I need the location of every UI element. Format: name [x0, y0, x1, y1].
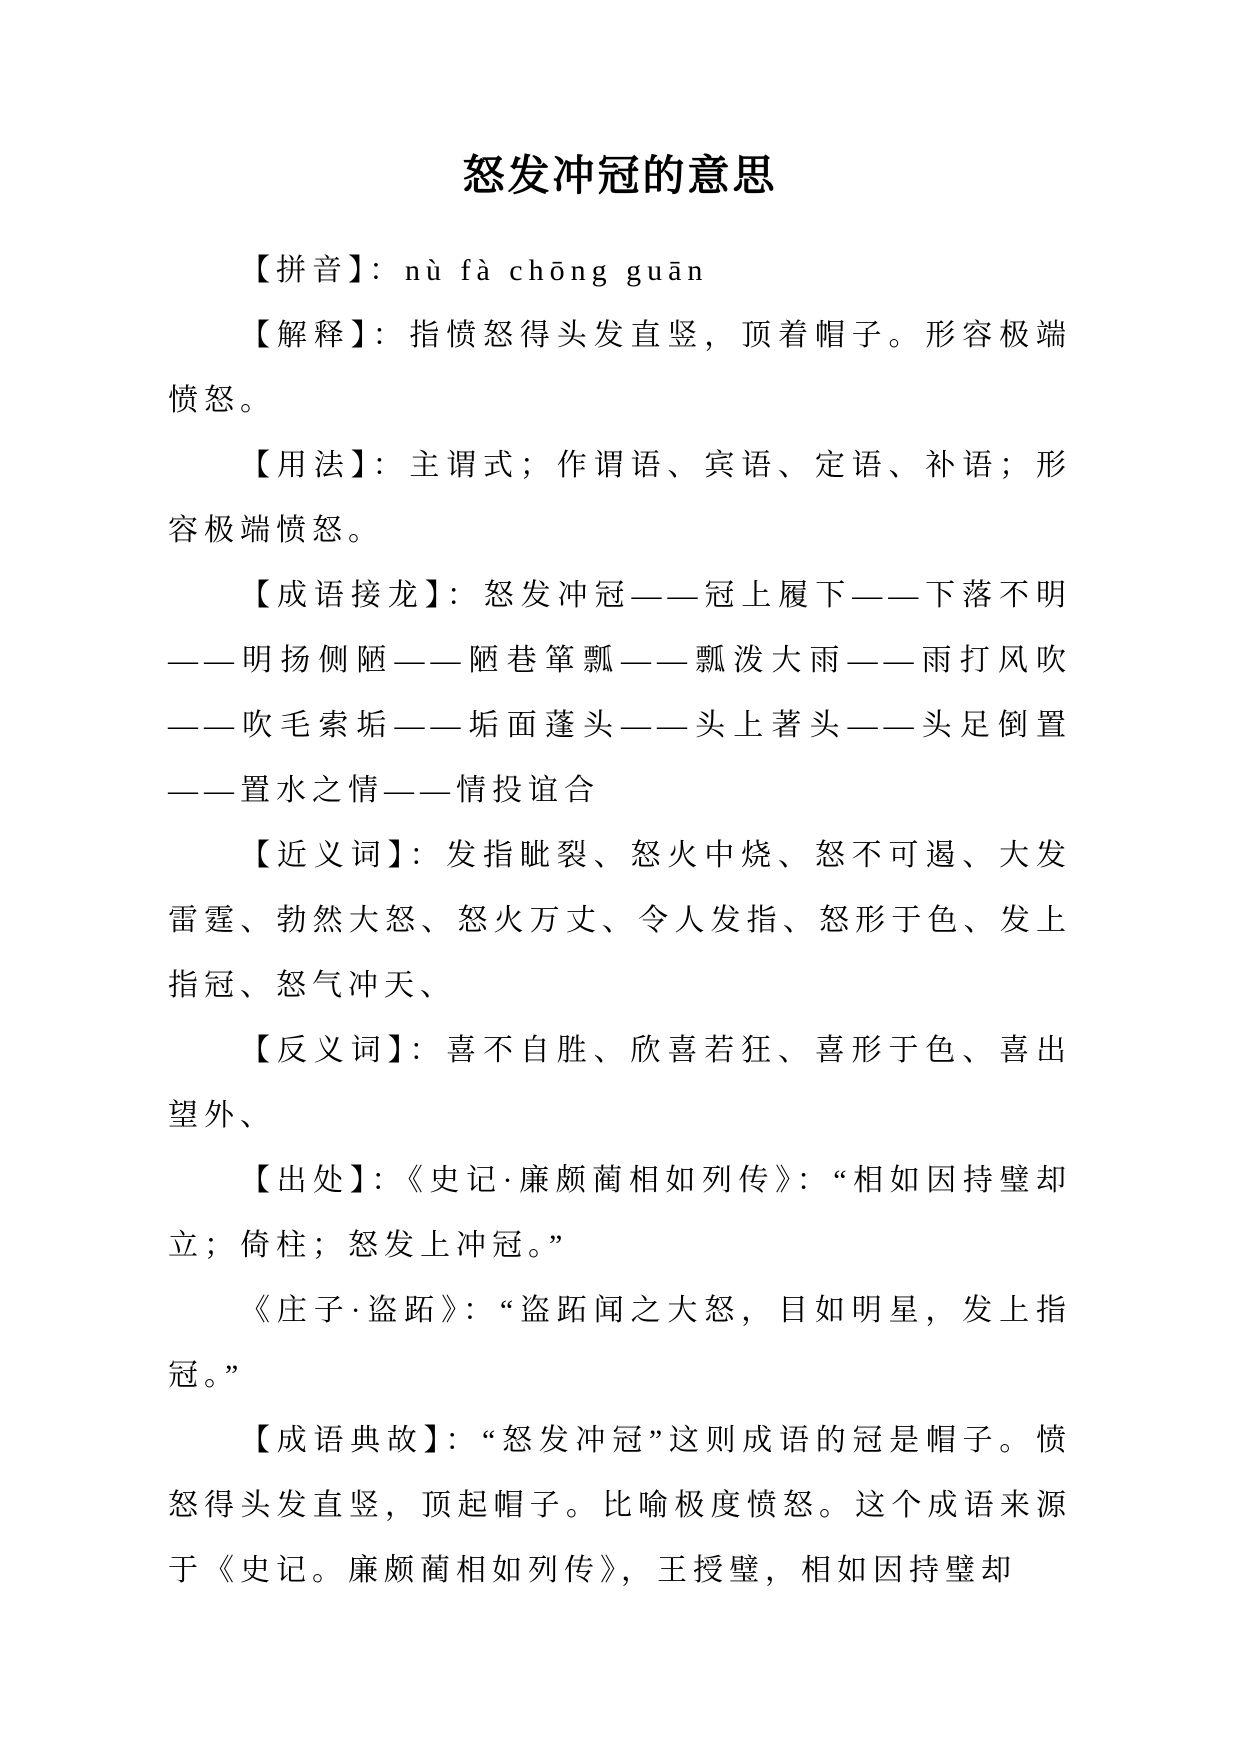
- paragraph-idiom-chain: 【成语接龙】：怒发冲冠——冠上履下——下落不明——明扬侧陋——陋巷箪瓢——瓢泼大…: [168, 563, 1072, 823]
- document-page: 怒发冲冠的意思 【拼音】：nù fà chōng guān 【解释】：指愤怒得头…: [0, 0, 1240, 1753]
- paragraph-allusion: 【成语典故】：“怒发冲冠”这则成语的冠是帽子。愤怒得头发直竖，顶起帽子。比喻极度…: [168, 1408, 1072, 1603]
- paragraph-synonyms: 【近义词】：发指眦裂、怒火中烧、怒不可遏、大发雷霆、勃然大怒、怒火万丈、令人发指…: [168, 823, 1072, 1018]
- paragraph-source-zhuangzi: 《庄子·盗跖》：“盗跖闻之大怒，目如明星，发上指冠。”: [168, 1278, 1072, 1408]
- paragraph-usage: 【用法】：主谓式；作谓语、宾语、定语、补语；形容极端愤怒。: [168, 433, 1072, 563]
- paragraph-source-shiji: 【出处】：《史记·廉颇蔺相如列传》：“相如因持璧却立；倚柱；怒发上冲冠。”: [168, 1148, 1072, 1278]
- paragraph-pinyin: 【拼音】：nù fà chōng guān: [168, 238, 1072, 303]
- page-title: 怒发冲冠的意思: [168, 150, 1072, 202]
- paragraph-antonyms: 【反义词】：喜不自胜、欣喜若狂、喜形于色、喜出望外、: [168, 1018, 1072, 1148]
- paragraph-explanation: 【解释】：指愤怒得头发直竖，顶着帽子。形容极端愤怒。: [168, 303, 1072, 433]
- document-content: 怒发冲冠的意思 【拼音】：nù fà chōng guān 【解释】：指愤怒得头…: [0, 0, 1240, 1603]
